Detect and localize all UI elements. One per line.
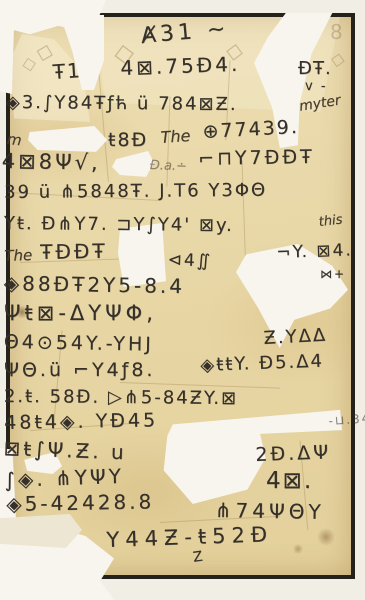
cipher-line: 39 ü ⋔5848Ŧ. J.T6 Y3ΦΘ [4, 180, 267, 203]
cipher-line: v - [305, 79, 328, 94]
cipher-line: ⋔74ΨΘY [215, 498, 325, 524]
cipher-line: 4⊠.75Đ4. [120, 52, 241, 80]
bleed-through-mark: 8 [330, 20, 343, 44]
cipher-line: -⊔.34 [328, 411, 365, 428]
cipher-line: ◈ŧŧY. Đ5.Δ4 [200, 351, 324, 376]
cipher-line: ŧ8Đ [108, 129, 148, 151]
cipher-line: 4⊠. [266, 468, 313, 494]
cipher-line: Θ4⊙54Y.-YHJ [4, 331, 154, 356]
cipher-line: Ƶ.YΔΔ [263, 325, 328, 349]
cursive-word: this [318, 213, 343, 230]
cursive-word: m [6, 130, 22, 149]
cipher-line: Yŧ. Đ⋔Y7. ⊐Y∫Y4' ⊠y. [4, 213, 234, 236]
cipher-line: ⋈+ [320, 267, 346, 281]
cipher-line: ⌐⊓Y7ĐĐŦ [198, 146, 315, 170]
cipher-line: ◈88ĐŦ2Y5-8.4 [4, 271, 186, 298]
loose-paper-scrap [0, 514, 82, 548]
cipher-line: ∫◈. ⋔YΨY [4, 464, 124, 492]
cipher-line: 2Đ.ΔΨ [255, 441, 332, 466]
cipher-line: Ŧ1 [52, 58, 83, 84]
cursive-word: The [160, 126, 191, 147]
cipher-line: 4⊠8Ψ√, [2, 149, 101, 175]
cipher-line: ⊠ŧ∫Ψ.Ƶ. u [3, 436, 127, 464]
cipher-line: ΨΘ.ü ⌐Y4ƒ8. [4, 359, 155, 381]
cipher-line: ⊲4∬ [167, 250, 212, 272]
cipher-line: 48ŧ4◈. YĐ45 [4, 409, 158, 434]
cipher-line: ĐŦ. [298, 58, 332, 79]
cipher-line: ¬Y. ⊠4. [276, 240, 353, 263]
cipher-line: Z [192, 548, 206, 565]
cipher-line: 2.ŧ. 58Đ. ▷⋔5-84ƵY.⊠ [4, 386, 238, 409]
cursive-word: The [4, 246, 33, 265]
cipher-line: Ψŧ⊠-ΔYΨΦ, [4, 301, 157, 325]
cipher-line: ◈5-42428.8 [6, 489, 154, 516]
document-scan: ◇ ◇ ◇ 8 ◇ ◇ Ⱥ31 ~ Ŧ1 4⊠.75Đ4. ĐŦ. v - ◈3… [0, 0, 365, 600]
cipher-line: ŦĐĐŦ [40, 239, 108, 264]
cursive-word: Đ.a.∸ [149, 158, 187, 174]
cipher-line: ◈3.∫Y84Ŧƒћ ü 784⊠Ƶ. [6, 92, 238, 115]
torn-gap [0, 24, 14, 94]
